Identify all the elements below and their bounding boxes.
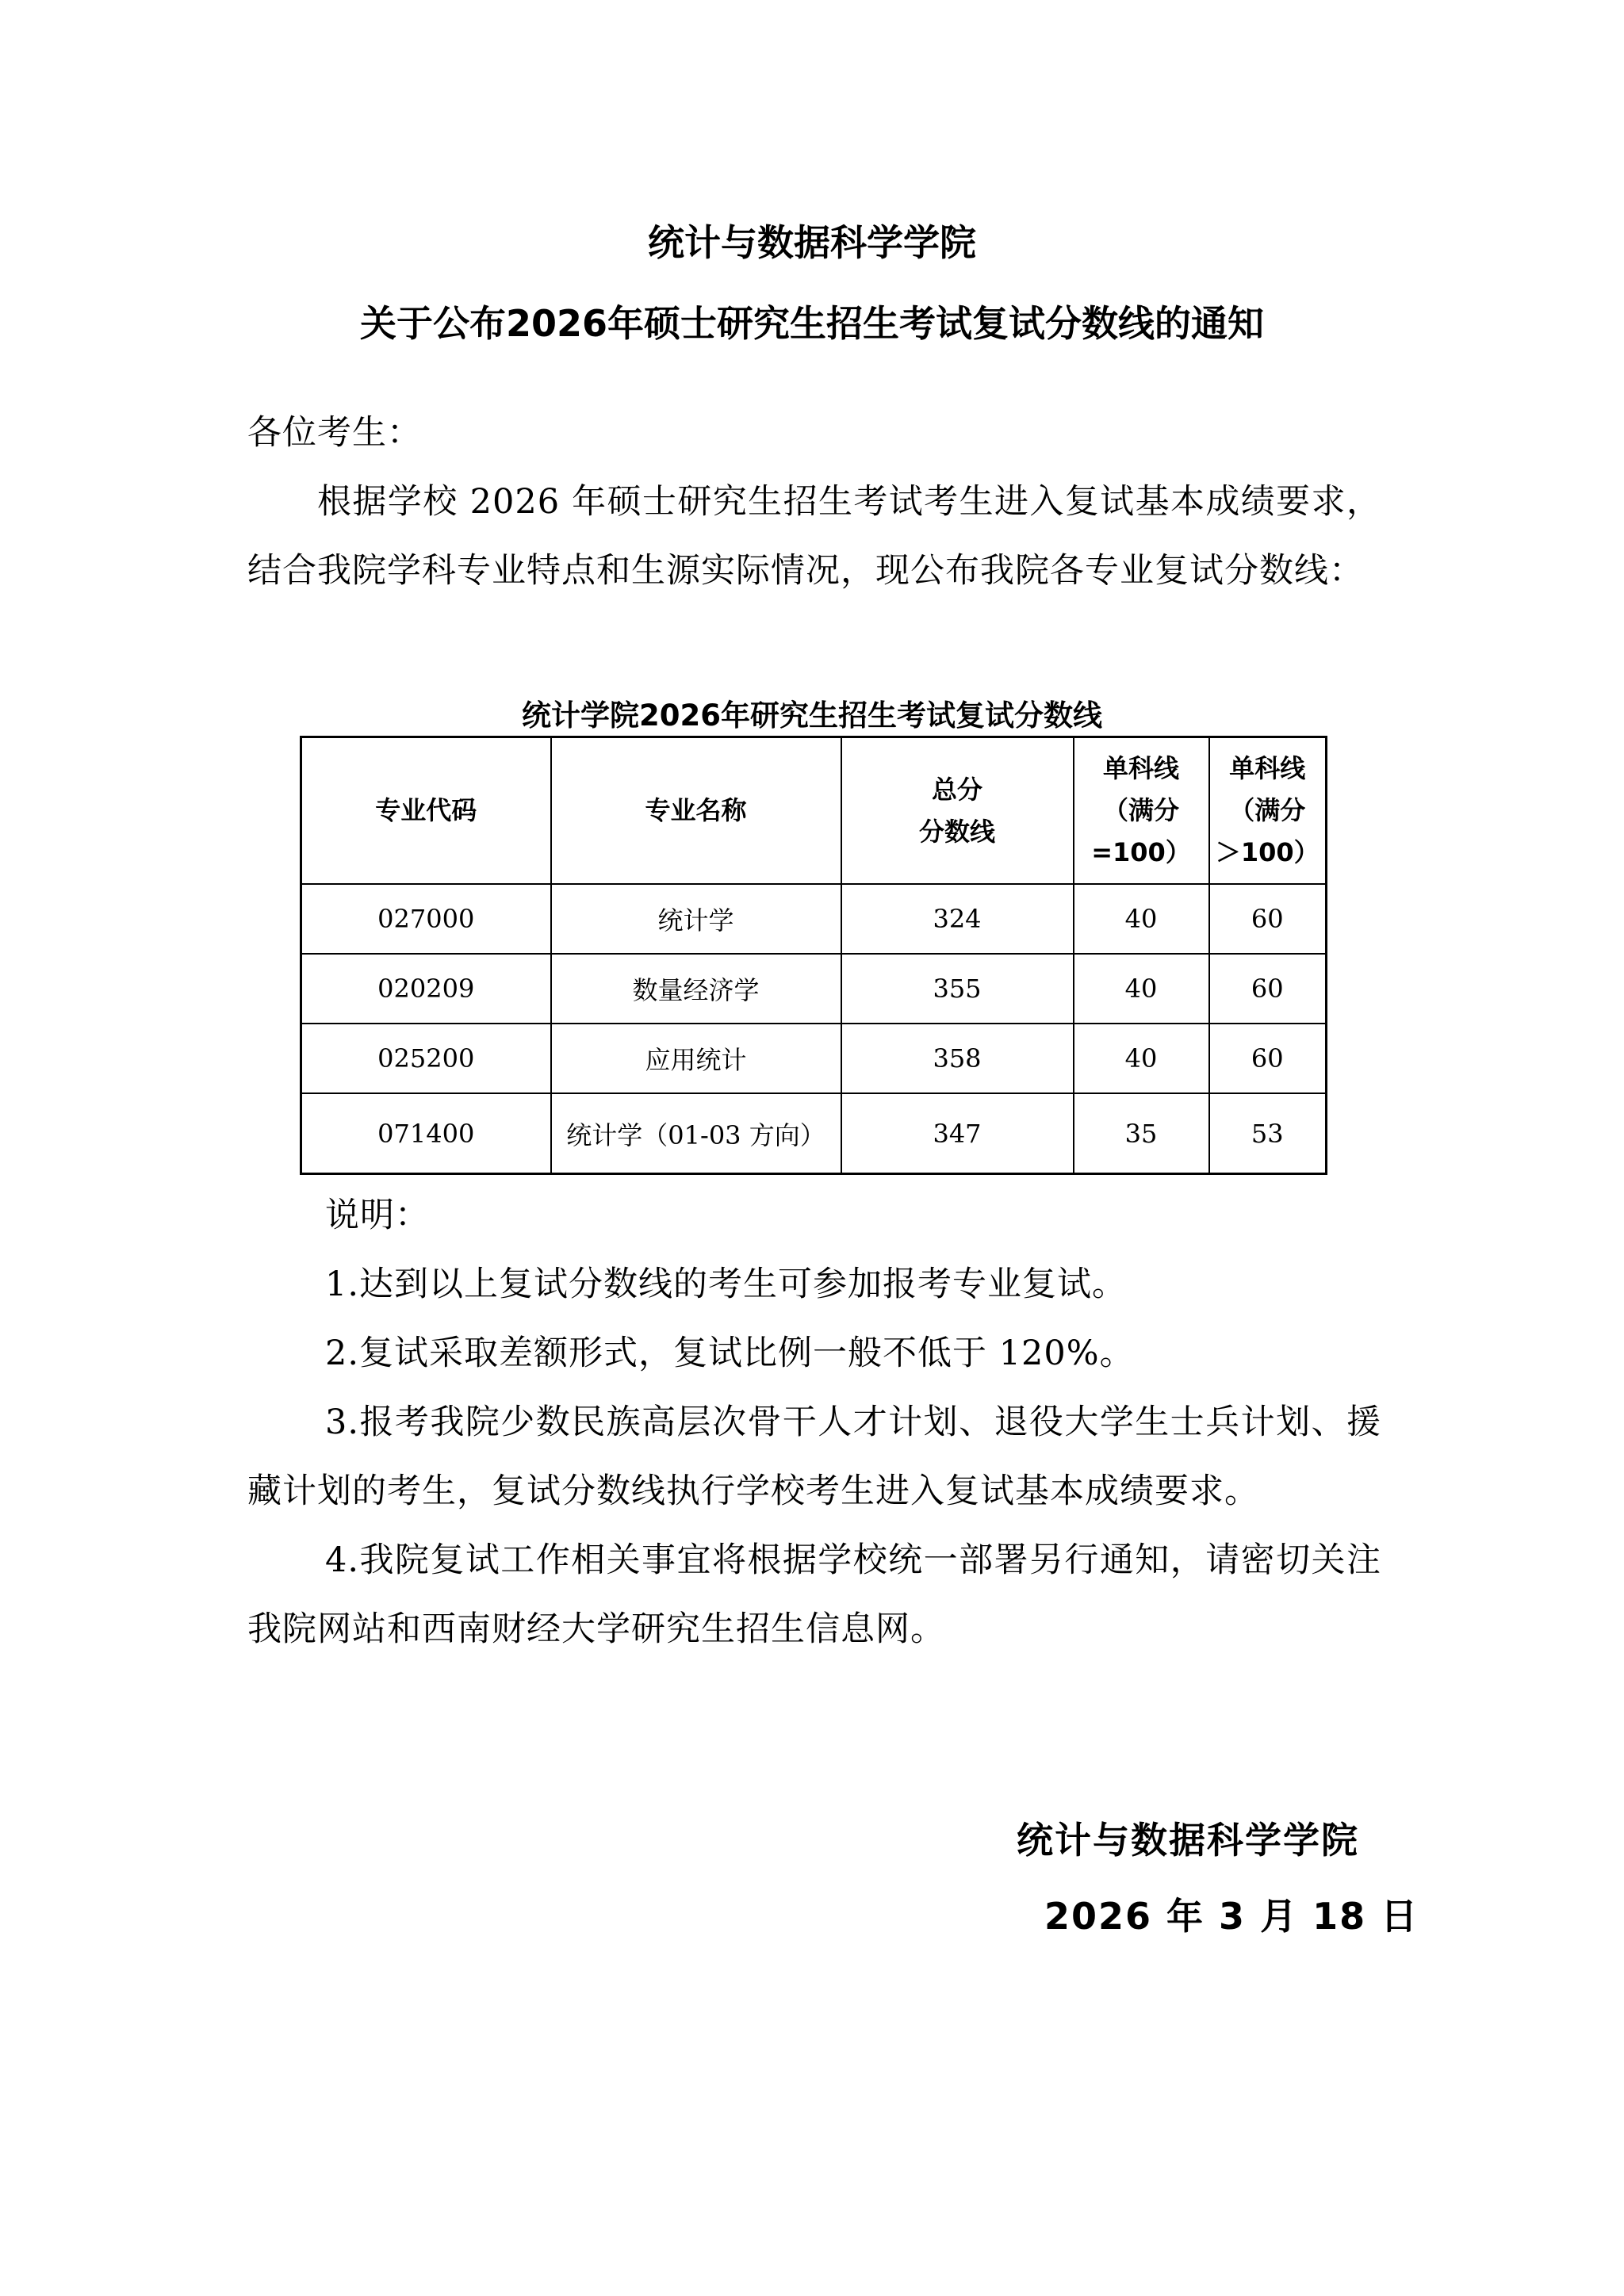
cell-code: 020209 [301,954,551,1024]
cell-single-gt100: 60 [1209,884,1327,954]
cell-name: 统计学 [551,884,841,954]
header-code: 专业代码 [301,737,551,885]
cell-code: 027000 [301,884,551,954]
note-item: 1.达到以上复试分数线的考生可参加报考专业复试。 [247,1250,1381,1319]
header-single-100-line3: =100） [1074,832,1208,874]
signature-org: 统计与数据科学学院 [1017,1818,1359,1862]
header-name-label: 专业名称 [645,795,746,825]
header-name: 专业名称 [551,737,841,885]
header-total: 总分 分数线 [841,737,1074,885]
cell-total: 324 [841,884,1074,954]
cell-single-gt100: 60 [1209,1024,1327,1093]
note-item: 3.报考我院少数民族高层次骨干人才计划、退役大学生士兵计划、援藏计划的考生，复试… [247,1388,1381,1526]
cell-single-100: 40 [1074,884,1209,954]
table-row: 025200 应用统计 358 40 60 [301,1024,1327,1093]
cell-code: 071400 [301,1093,551,1174]
header-total-line2: 分数线 [842,811,1073,853]
header-single-100-line2: （满分 [1074,790,1208,832]
header-total-line1: 总分 [842,769,1073,811]
document-page: 统计与数据科学学院 关于公布2026年硕士研究生招生考试复试分数线的通知 各位考… [0,0,1624,2296]
score-table: 专业代码 专业名称 总分 分数线 单科线 （满分 =100） 单科线 （满分 [300,736,1327,1175]
header-single-gt100-line2: （满分 [1210,790,1326,832]
header-code-label: 专业代码 [375,795,477,825]
cell-single-100: 40 [1074,954,1209,1024]
table-caption: 统计学院2026年研究生招生考试复试分数线 [0,698,1624,734]
signature-date: 2026 年 3 月 18 日 [1044,1894,1419,1938]
cell-code: 025200 [301,1024,551,1093]
org-title: 统计与数据科学学院 [0,222,1624,263]
cell-single-gt100: 53 [1209,1093,1327,1174]
note-item: 2.复试采取差额形式，复试比例一般不低于 120%。 [247,1319,1381,1388]
table-row: 071400 统计学（01-03 方向） 347 35 53 [301,1093,1327,1174]
table-row: 027000 统计学 324 40 60 [301,884,1327,954]
cell-name: 数量经济学 [551,954,841,1024]
header-single-gt100-line1: 单科线 [1210,748,1326,790]
table-row: 020209 数量经济学 355 40 60 [301,954,1327,1024]
notes-heading: 说明： [247,1181,1381,1250]
salutation: 各位考生： [247,399,1381,468]
header-single-100: 单科线 （满分 =100） [1074,737,1209,885]
header-single-100-line1: 单科线 [1074,748,1208,790]
cell-total: 347 [841,1093,1074,1174]
cell-total: 355 [841,954,1074,1024]
cell-single-100: 35 [1074,1093,1209,1174]
cell-name: 统计学（01-03 方向） [551,1093,841,1174]
cell-single-100: 40 [1074,1024,1209,1093]
header-single-gt100: 单科线 （满分 ＞100） [1209,737,1327,885]
cell-name: 应用统计 [551,1024,841,1093]
header-single-gt100-line3: ＞100） [1210,832,1326,874]
notice-title: 关于公布2026年硕士研究生招生考试复试分数线的通知 [0,303,1624,344]
cell-total: 358 [841,1024,1074,1093]
cell-single-gt100: 60 [1209,954,1327,1024]
notes-section: 说明： 1.达到以上复试分数线的考生可参加报考专业复试。 2.复试采取差额形式，… [247,1181,1381,1664]
note-item: 4.我院复试工作相关事宜将根据学校统一部署另行通知，请密切关注我院网站和西南财经… [247,1526,1381,1664]
table-header-row: 专业代码 专业名称 总分 分数线 单科线 （满分 =100） 单科线 （满分 [301,737,1327,885]
intro-paragraph: 根据学校 2026 年硕士研究生招生考试考生进入复试基本成绩要求，结合我院学科专… [247,468,1381,606]
